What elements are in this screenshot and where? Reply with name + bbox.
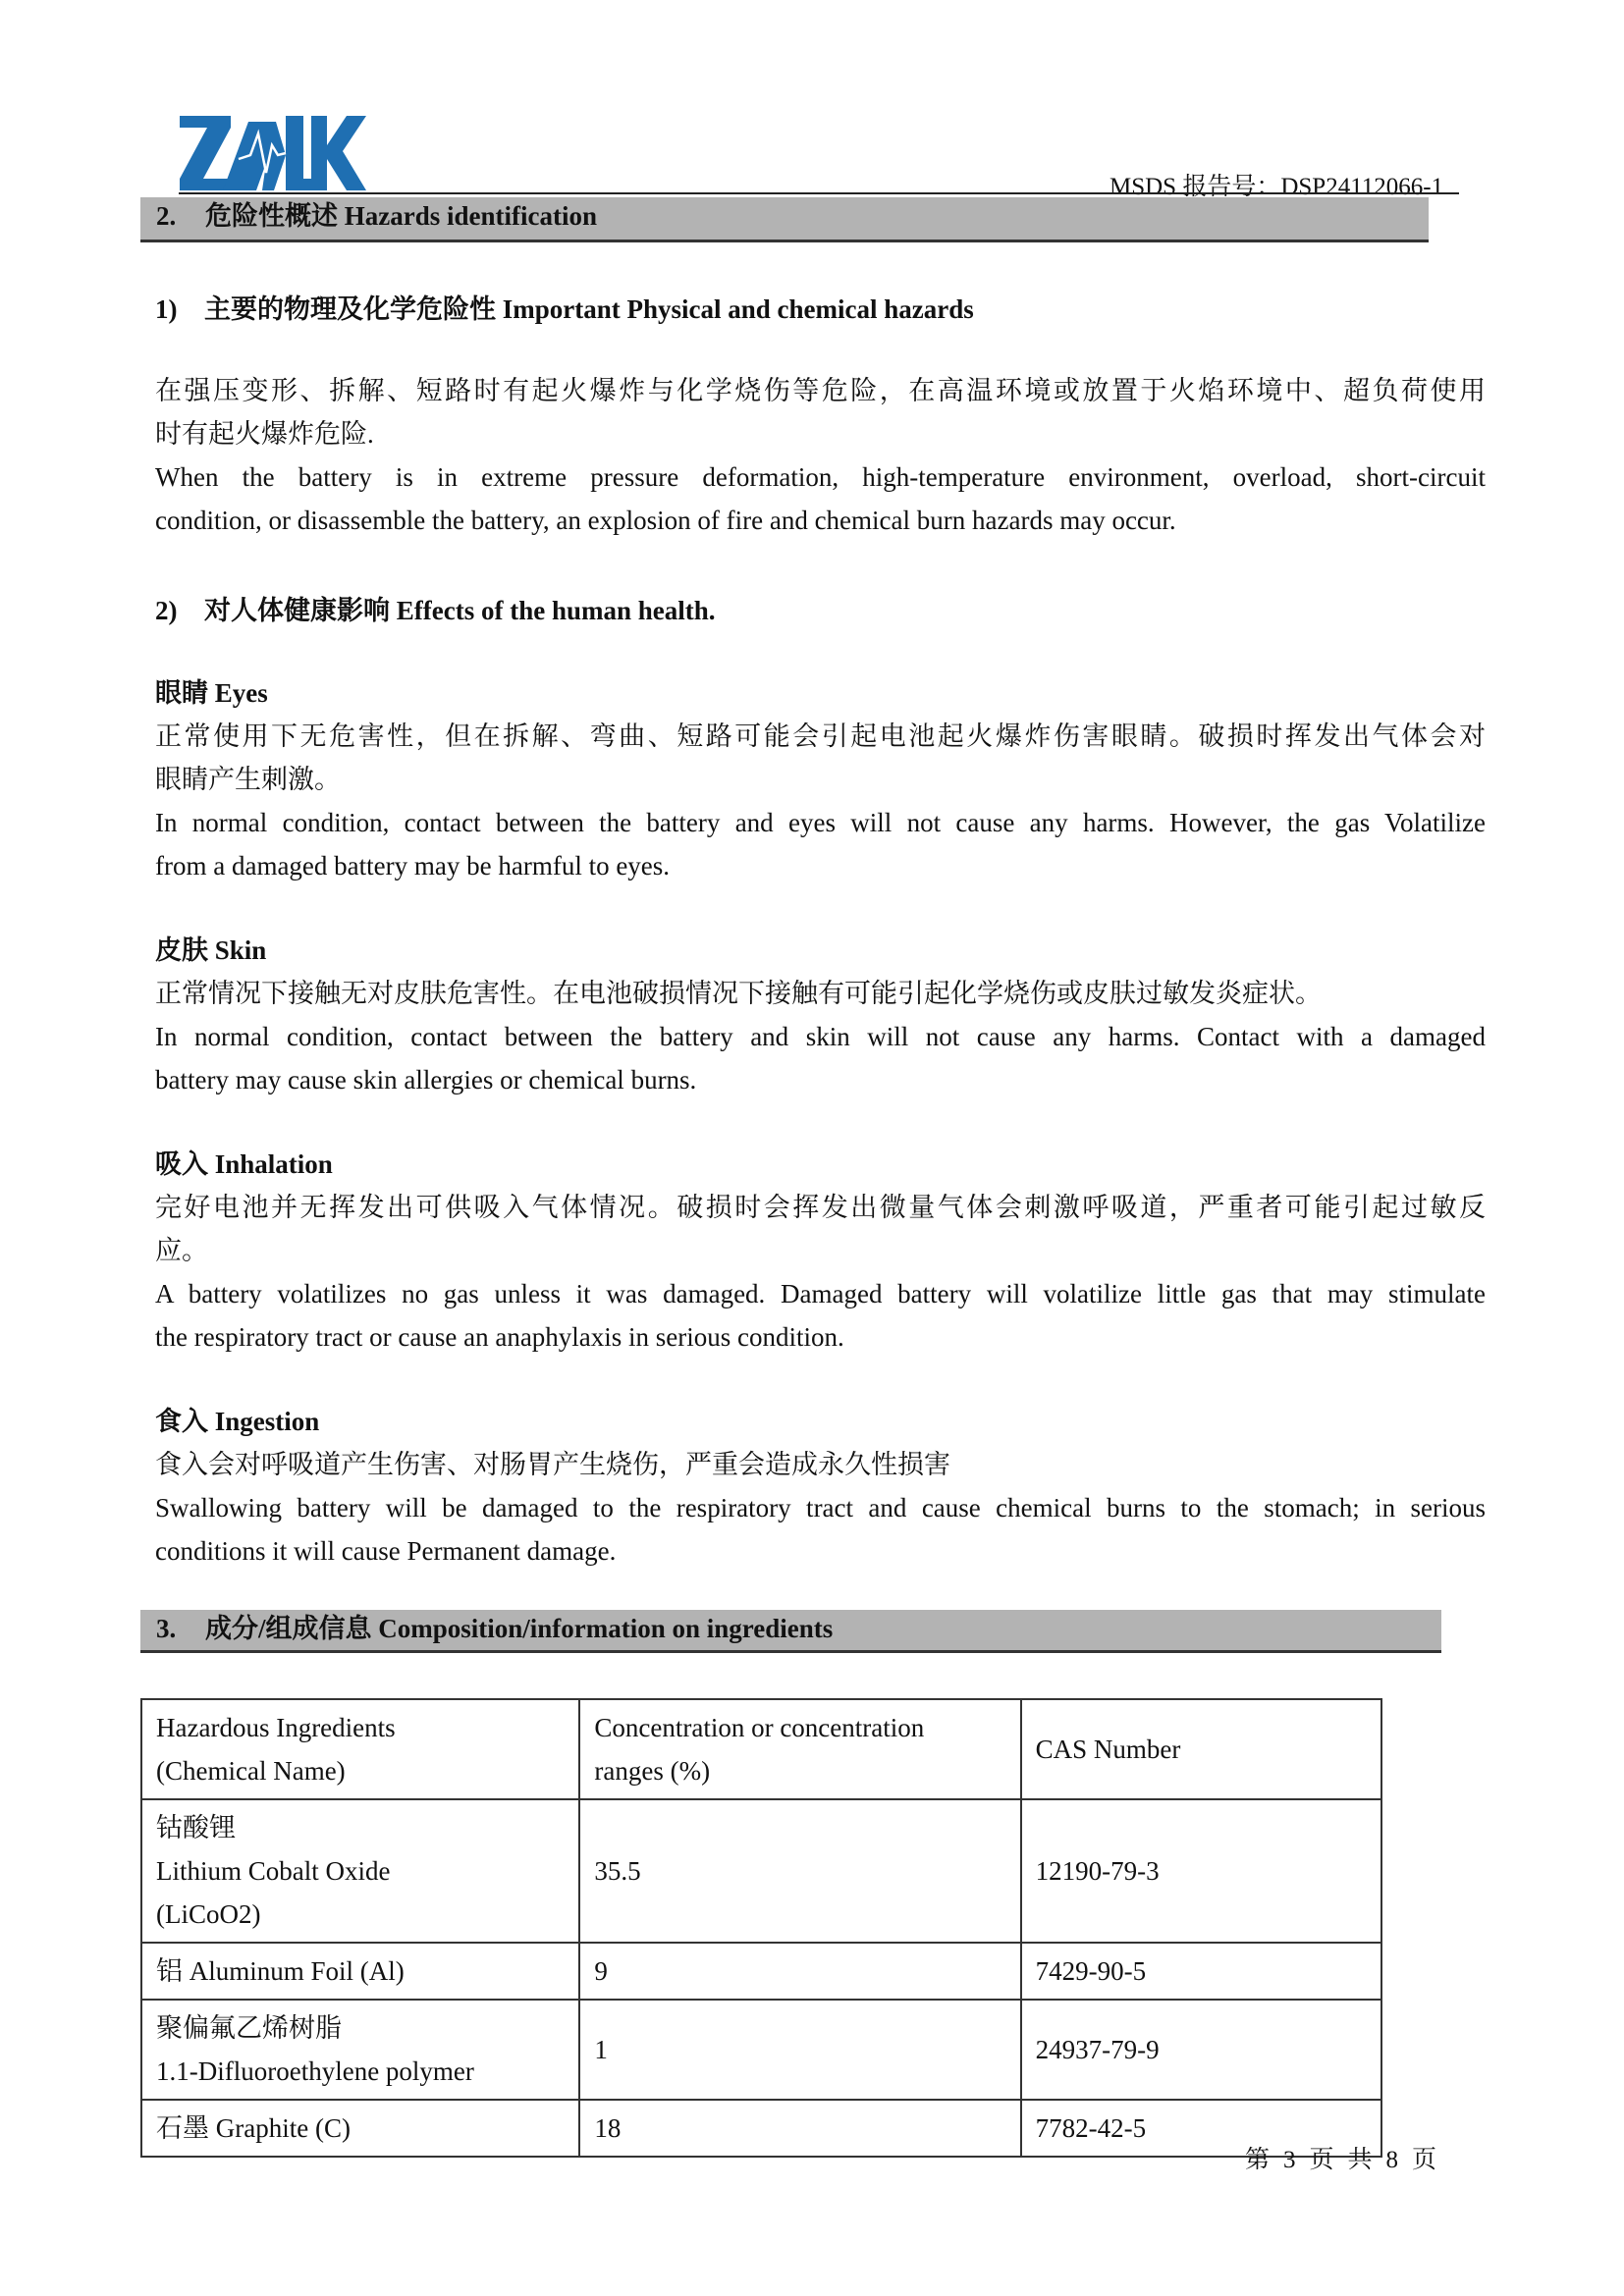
ingredient-name: 石墨 Graphite (C) bbox=[141, 2100, 579, 2157]
zh-line: 眼睛产生刺激。 bbox=[155, 758, 1486, 801]
skin-block: 皮肤 Skin 正常情况下接触无对皮肤危害性。在电池破损情况下接触有可能引起化学… bbox=[155, 929, 1486, 1101]
zh-line: 时有起火爆炸危险. bbox=[155, 412, 1486, 455]
name-en: 1.1-Difluoroethylene polymer bbox=[156, 2050, 565, 2093]
logo-icon bbox=[180, 116, 366, 190]
physical-hazards-text: 在强压变形、拆解、短路时有起火爆炸与化学烧伤等危险，在高温环境或放置于火焰环境中… bbox=[155, 369, 1486, 542]
header-divider bbox=[179, 192, 1459, 194]
zh-line: 完好电池并无挥发出可供吸入气体情况。破损时会挥发出微量气体会刺激呼吸道，严重者可… bbox=[155, 1186, 1486, 1229]
eyes-heading: 眼睛 Eyes bbox=[155, 671, 1486, 715]
header-cas-number: CAS Number bbox=[1021, 1699, 1381, 1799]
formula: (LiCoO2) bbox=[156, 1893, 565, 1936]
cas-cell: 7429-90-5 bbox=[1021, 1943, 1381, 2000]
subsection-number: 2) bbox=[155, 596, 204, 626]
subsection-title: 主要的物理及化学危险性 Important Physical and chemi… bbox=[204, 294, 974, 324]
subsection-title: 对人体健康影响 Effects of the human health. bbox=[204, 596, 716, 625]
subsection-health-effects-heading: 2)对人体健康影响 Effects of the human health. bbox=[155, 589, 716, 627]
en-line: In normal condition, contact between the… bbox=[155, 1015, 1486, 1058]
composition-table: Hazardous Ingredients (Chemical Name) Co… bbox=[140, 1698, 1382, 2158]
en-line: from a damaged battery may be harmful to… bbox=[155, 844, 1486, 887]
section-2-title: 危险性概述 Hazards identification bbox=[205, 201, 597, 231]
zh-line: 正常情况下接触无对皮肤危害性。在电池破损情况下接触有可能引起化学烧伤或皮肤过敏发… bbox=[155, 972, 1486, 1015]
concentration-cell: 1 bbox=[579, 2000, 1020, 2100]
en-line: battery may cause skin allergies or chem… bbox=[155, 1058, 1486, 1101]
table-row: 石墨 Graphite (C) 18 7782-42-5 bbox=[141, 2100, 1381, 2157]
ingestion-block: 食入 Ingestion 食入会对呼吸道产生伤害、对肠胃产生烧伤，严重会造成永久… bbox=[155, 1400, 1486, 1573]
concentration-cell: 9 bbox=[579, 1943, 1020, 2000]
ingredient-name: 铝 Aluminum Foil (Al) bbox=[141, 1943, 579, 2000]
en-line: Swallowing battery will be damaged to th… bbox=[155, 1486, 1486, 1529]
header-text: Concentration or concentration bbox=[594, 1706, 1005, 1749]
page-label: 页 bbox=[1412, 2147, 1436, 2173]
eyes-block: 眼睛 Eyes 正常使用下无危害性，但在拆解、弯曲、短路可能会引起电池起火爆炸伤… bbox=[155, 671, 1486, 887]
table-row: 铝 Aluminum Foil (Al) 9 7429-90-5 bbox=[141, 1943, 1381, 2000]
section-3-header: 3.成分/组成信息 Composition/information on ing… bbox=[140, 1610, 1441, 1653]
zh-line: 食入会对呼吸道产生伤害、对肠胃产生烧伤，严重会造成永久性损害 bbox=[155, 1443, 1486, 1486]
en-line: conditions it will cause Permanent damag… bbox=[155, 1529, 1486, 1573]
section-3-title: 成分/组成信息 Composition/information on ingre… bbox=[205, 1614, 833, 1643]
name-en: Lithium Cobalt Oxide bbox=[156, 1849, 565, 1893]
concentration-cell: 35.5 bbox=[579, 1799, 1020, 1943]
concentration-cell: 18 bbox=[579, 2100, 1020, 2157]
ingestion-heading: 食入 Ingestion bbox=[155, 1400, 1486, 1443]
zh-line: 在强压变形、拆解、短路时有起火爆炸与化学烧伤等危险，在高温环境或放置于火焰环境中… bbox=[155, 369, 1486, 412]
en-line: When the battery is in extreme pressure … bbox=[155, 455, 1486, 499]
inhalation-heading: 吸入 Inhalation bbox=[155, 1143, 1486, 1186]
subsection-number: 1) bbox=[155, 294, 204, 325]
page-label: 页 bbox=[1310, 2147, 1334, 2173]
total-label: 共 bbox=[1348, 2147, 1373, 2173]
ingredient-name: 钴酸锂 Lithium Cobalt Oxide (LiCoO2) bbox=[141, 1799, 579, 1943]
header-text: Hazardous Ingredients bbox=[156, 1706, 565, 1749]
inhalation-block: 吸入 Inhalation 完好电池并无挥发出可供吸入气体情况。破损时会挥发出微… bbox=[155, 1143, 1486, 1359]
cas-cell: 12190-79-3 bbox=[1021, 1799, 1381, 1943]
header-hazardous-ingredients: Hazardous Ingredients (Chemical Name) bbox=[141, 1699, 579, 1799]
table-header-row: Hazardous Ingredients (Chemical Name) Co… bbox=[141, 1699, 1381, 1799]
ingredient-name: 聚偏氟乙烯树脂 1.1-Difluoroethylene polymer bbox=[141, 2000, 579, 2100]
subsection-physical-hazards-heading: 1)主要的物理及化学危险性 Important Physical and che… bbox=[155, 288, 974, 326]
en-line: condition, or disassemble the battery, a… bbox=[155, 499, 1486, 542]
page-label: 第 bbox=[1245, 2147, 1270, 2173]
total-pages: 8 bbox=[1386, 2147, 1399, 2173]
cas-cell: 24937-79-9 bbox=[1021, 2000, 1381, 2100]
section-3-number: 3. bbox=[156, 1610, 205, 1647]
zh-line: 应。 bbox=[155, 1229, 1486, 1272]
header-concentration: Concentration or concentration ranges (%… bbox=[579, 1699, 1020, 1799]
section-2-number: 2. bbox=[156, 197, 205, 235]
current-page: 3 bbox=[1283, 2147, 1296, 2173]
skin-heading: 皮肤 Skin bbox=[155, 929, 1486, 972]
en-line: In normal condition, contact between the… bbox=[155, 801, 1486, 844]
name-zh: 聚偏氟乙烯树脂 bbox=[156, 2006, 565, 2050]
header-text: ranges (%) bbox=[594, 1749, 1005, 1792]
en-line: the respiratory tract or cause an anaphy… bbox=[155, 1315, 1486, 1359]
company-logo bbox=[180, 116, 366, 190]
en-line: A battery volatilizes no gas unless it w… bbox=[155, 1272, 1486, 1315]
section-2-header: 2.危险性概述 Hazards identification bbox=[140, 197, 1429, 242]
table-row: 钴酸锂 Lithium Cobalt Oxide (LiCoO2) 35.5 1… bbox=[141, 1799, 1381, 1943]
page-number: 第3页共8页 bbox=[1245, 2140, 1450, 2175]
header-text: (Chemical Name) bbox=[156, 1749, 565, 1792]
zh-line: 正常使用下无危害性，但在拆解、弯曲、短路可能会引起电池起火爆炸伤害眼睛。破损时挥… bbox=[155, 715, 1486, 758]
name-zh: 钴酸锂 bbox=[156, 1806, 565, 1849]
table-row: 聚偏氟乙烯树脂 1.1-Difluoroethylene polymer 1 2… bbox=[141, 2000, 1381, 2100]
